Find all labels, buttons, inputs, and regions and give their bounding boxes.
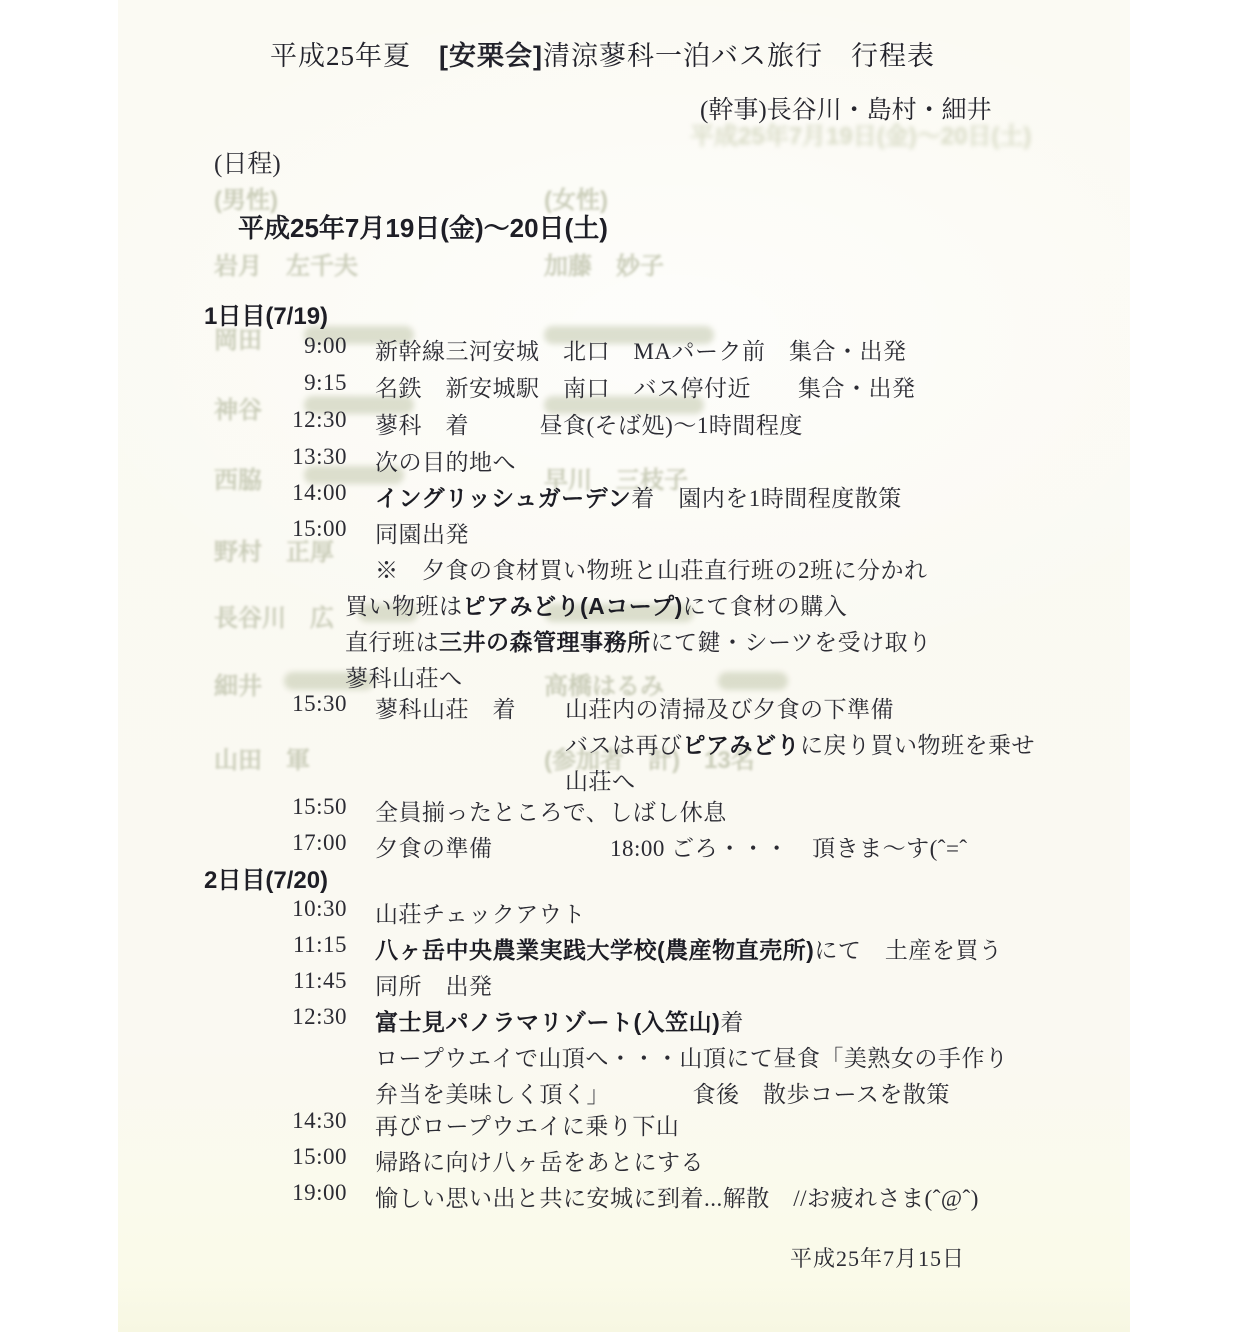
day1-heading: 1日目(7/19) (204, 296, 328, 331)
schedule-continuation: バスは再びピアみどりに戻り買い物班を乗せ (565, 727, 1035, 760)
schedule-row: 11:15 八ヶ岳中央農業実践大学校(農産物直売所)にて 土産を買う (118, 932, 1130, 962)
schedule-time: 14:30 (277, 1108, 347, 1134)
schedule-row: 14:30 再びロープウエイに乗り下山 (118, 1108, 1130, 1138)
schedule-row: 15:00 同園出発 (118, 516, 1130, 546)
schedule-time: 12:30 (277, 1004, 347, 1030)
title-club-name: [安栗会] (439, 41, 543, 71)
text-bold: 三井の森管理事務所 (439, 629, 651, 655)
schedule-text: 愉しい思い出と共に安城に到着...解散 //お疲れさま(ˆ@ˆ) (375, 1180, 979, 1213)
schedule-text: 富士見パノラマリゾート(入笠山)着 (375, 1004, 744, 1037)
schedule-row: 10:30 山荘チェックアウト (118, 896, 1130, 926)
text-normal: にて食材の購入 (683, 594, 848, 619)
schedule-text: 新幹線三河安城 北口 MAパーク前 集合・出発 (375, 333, 907, 366)
schedule-row: 17:00 夕食の準備 18:00 ごろ・・・ 頂きま～す(ˆ=ˆ (118, 830, 1130, 860)
scanned-page: 平成25年7月19日(金)～20日(土) (男性) (女性) 岩月 左千夫 加藤… (118, 0, 1130, 1332)
schedule-row: 15:50 全員揃ったところで、しばし休息 (118, 794, 1130, 824)
schedule-note: ※ 夕食の食材買い物班と山荘直行班の2班に分かれ (375, 552, 928, 585)
schedule-continuation: 山荘へ (565, 763, 636, 796)
schedule-text: 名鉄 新安城駅 南口 バス停付近 集合・出発 (375, 370, 916, 403)
schedule-row: 14:00 イングリッシュガーデン着 園内を1時間程度散策 (118, 480, 1130, 510)
text-normal: 着 (720, 1010, 744, 1035)
title-suffix: 行程表 (823, 41, 935, 71)
schedule-row: 15:30 蓼科山荘 着 山荘内の清掃及び夕食の下準備 (118, 691, 1130, 721)
schedule-note: 直行班は三井の森管理事務所にて鍵・シーツを受け取り (345, 624, 932, 657)
schedule-time: 10:30 (277, 896, 347, 922)
schedule-text: 次の目的地へ (375, 444, 516, 477)
document-title: 平成25年夏 [安栗会]清涼蓼科一泊バス旅行 行程表 (270, 34, 935, 73)
text-normal: 着 園内を1時間程度散策 (631, 486, 902, 511)
schedule-note: 蓼科山荘へ (345, 660, 463, 693)
text-normal: 買い物班は (345, 594, 463, 619)
schedule-time: 19:00 (277, 1180, 347, 1206)
schedule-row: 9:00 新幹線三河安城 北口 MAパーク前 集合・出発 (118, 333, 1130, 363)
title-main: 清涼蓼科一泊バス旅行 (543, 41, 823, 71)
schedule-text: 全員揃ったところで、しばし休息 (375, 794, 727, 827)
schedule-row: 13:30 次の目的地へ (118, 444, 1130, 474)
schedule-text: 蓼科 着 昼食(そば処)～1時間程度 (375, 407, 803, 440)
text-bold: ピアみどり(Aコープ) (463, 593, 683, 619)
schedule-time: 14:00 (277, 480, 347, 506)
scanned-document: { "document": { "title_prefix": "平成25年夏 … (0, 0, 1240, 1338)
schedule-text: 再びロープウエイに乗り下山 (375, 1108, 679, 1141)
schedule-time: 9:15 (277, 370, 347, 396)
bleed-through-smudge (718, 672, 788, 690)
schedule-text: 夕食の準備 (375, 830, 493, 863)
organizers-line: (幹事)長谷川・島村・細井 (700, 90, 992, 126)
text-normal: バスは再び (565, 733, 683, 758)
schedule-time: 15:00 (277, 1144, 347, 1170)
schedule-text: 同園出発 (375, 516, 469, 549)
text-normal: に戻り買い物班を乗せ (800, 733, 1035, 758)
title-prefix: 平成25年夏 (270, 41, 439, 71)
schedule-time: 15:50 (277, 794, 347, 820)
schedule-time: 11:45 (277, 968, 347, 994)
schedule-continuation: 弁当を美味しく頂く」 食後 散歩コースを散策 (375, 1076, 950, 1109)
schedule-text: イングリッシュガーデン着 園内を1時間程度散策 (375, 480, 902, 513)
text-bold: ピアみどり (683, 732, 801, 758)
schedule-text: 八ヶ岳中央農業実践大学校(農産物直売所)にて 土産を買う (375, 932, 1002, 965)
issued-date: 平成25年7月15日 (790, 1242, 965, 1273)
trip-date-range: 平成25年7月19日(金)～20日(土) (238, 208, 608, 245)
text-bold: 八ヶ岳中央農業実践大学校(農産物直売所) (375, 937, 814, 963)
schedule-detail: 18:00 ごろ・・・ 頂きま～す(ˆ=ˆ (610, 830, 968, 863)
bleed-through-text: 加藤 妙子 (544, 246, 664, 281)
schedule-row: 19:00 愉しい思い出と共に安城に到着...解散 //お疲れさま(ˆ@ˆ) (118, 1180, 1130, 1210)
schedule-text: 蓼科山荘 着 (375, 691, 516, 724)
schedule-text: 同所 出発 (375, 968, 493, 1001)
schedule-time: 15:30 (277, 691, 347, 717)
bleed-through-text: 山田 軍 (214, 740, 310, 775)
schedule-section-label: (日程) (214, 144, 281, 180)
schedule-time: 13:30 (277, 444, 347, 470)
schedule-time: 15:00 (277, 516, 347, 542)
text-bold: 富士見パノラマリゾート(入笠山) (375, 1009, 720, 1035)
schedule-text: 山荘チェックアウト (375, 896, 586, 929)
text-normal: 直行班は (345, 630, 439, 655)
schedule-row: 15:00 帰路に向け八ヶ岳をあとにする (118, 1144, 1130, 1174)
schedule-text: 帰路に向け八ヶ岳をあとにする (375, 1144, 704, 1177)
bleed-through-text: 長谷川 広 (214, 598, 334, 633)
schedule-continuation: ロープウエイで山頂へ・・・山頂にて昼食「美熟女の手作り (375, 1040, 1008, 1073)
schedule-row: 9:15 名鉄 新安城駅 南口 バス停付近 集合・出発 (118, 370, 1130, 400)
text-bold: イングリッシュガーデン (375, 485, 631, 511)
schedule-time: 9:00 (277, 333, 347, 359)
schedule-row: 12:30 富士見パノラマリゾート(入笠山)着 (118, 1004, 1130, 1034)
schedule-time: 17:00 (277, 830, 347, 856)
schedule-time: 11:15 (277, 932, 347, 958)
bleed-through-text: 岩月 左千夫 (214, 246, 358, 281)
schedule-row: 12:30 蓼科 着 昼食(そば処)～1時間程度 (118, 407, 1130, 437)
schedule-row: 11:45 同所 出発 (118, 968, 1130, 998)
day2-heading: 2日目(7/20) (204, 860, 328, 895)
schedule-time: 12:30 (277, 407, 347, 433)
schedule-note: 買い物班はピアみどり(Aコープ)にて食材の購入 (345, 588, 847, 621)
text-normal: にて 土産を買う (814, 938, 1002, 963)
text-normal: にて鍵・シーツを受け取り (651, 630, 932, 655)
schedule-detail: 山荘内の清掃及び夕食の下準備 (565, 691, 894, 724)
